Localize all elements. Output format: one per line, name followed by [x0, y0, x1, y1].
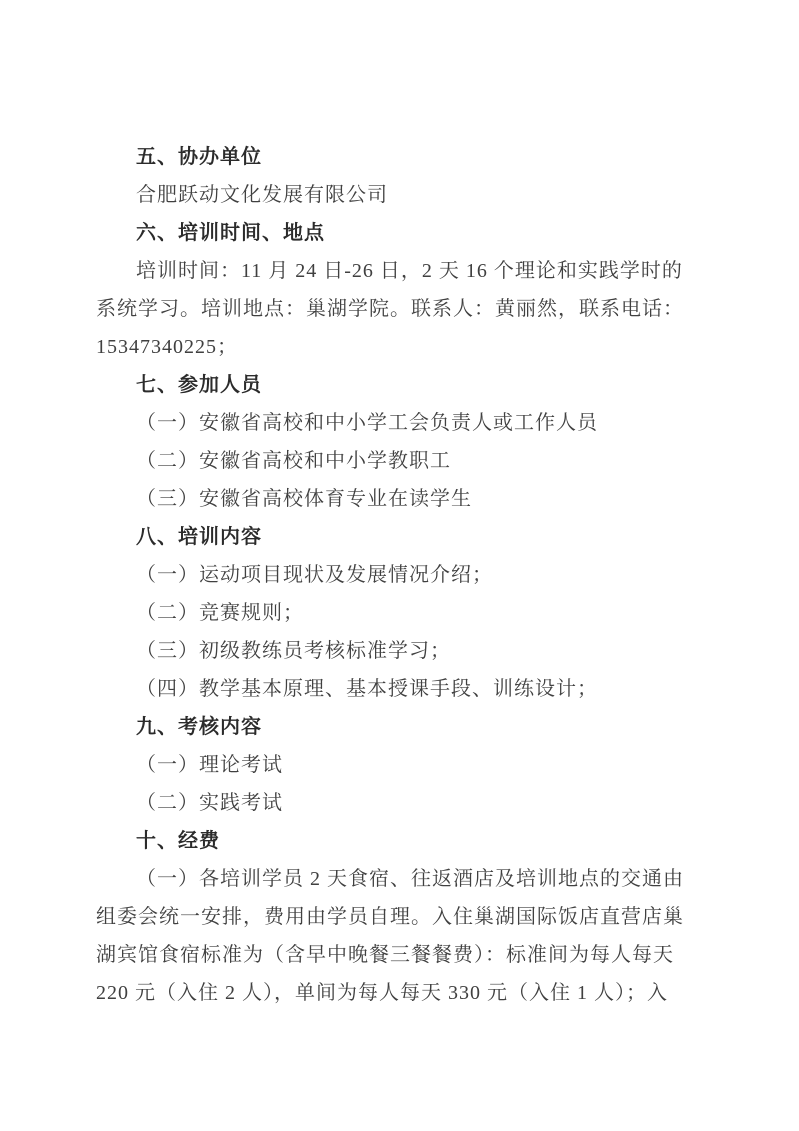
section-heading: 十、经费 [96, 822, 726, 860]
paragraph: （一）运动项目现状及发展情况介绍； [96, 556, 726, 594]
paragraph: （二）安徽省高校和中小学教职工 [96, 442, 726, 480]
paragraph: （一）安徽省高校和中小学工会负责人或工作人员 [96, 404, 726, 442]
paragraph: （三）安徽省高校体育专业在读学生 [96, 480, 726, 518]
paragraph: 合肥跃动文化发展有限公司 [96, 176, 726, 214]
section-heading: 八、培训内容 [96, 518, 726, 556]
paragraph: （三）初级教练员考核标准学习； [96, 632, 726, 670]
section-heading: 五、协办单位 [96, 138, 726, 176]
paragraph: （二）实践考试 [96, 784, 726, 822]
paragraph: 培训时间：11 月 24 日-26 日，2 天 16 个理论和实践学时的 系统学… [96, 252, 726, 366]
paragraph: （二）竞赛规则； [96, 594, 726, 632]
section-heading: 七、参加人员 [96, 366, 726, 404]
document-page: 五、协办单位合肥跃动文化发展有限公司六、培训时间、地点培训时间：11 月 24 … [0, 0, 799, 1131]
paragraph: （一）理论考试 [96, 746, 726, 784]
section-heading: 九、考核内容 [96, 708, 726, 746]
document-content: 五、协办单位合肥跃动文化发展有限公司六、培训时间、地点培训时间：11 月 24 … [96, 138, 726, 1012]
paragraph: （一）各培训学员 2 天食宿、往返酒店及培训地点的交通由 组委会统一安排，费用由… [96, 860, 726, 1012]
paragraph: （四）教学基本原理、基本授课手段、训练设计； [96, 670, 726, 708]
section-heading: 六、培训时间、地点 [96, 214, 726, 252]
